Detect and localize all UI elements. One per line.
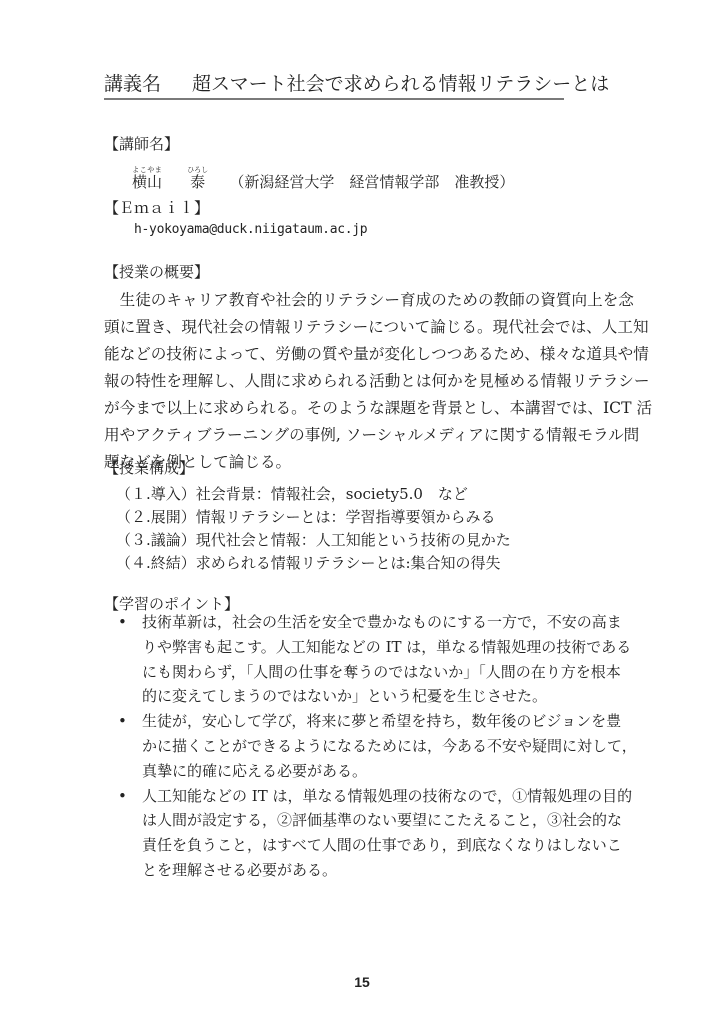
overview-line: 生徒のキャリア教育や社会的リテラシー育成のための教師の資質向上を念 — [104, 287, 636, 314]
instructor-heading: 【講師名】 — [104, 134, 179, 154]
page-number: 15 — [0, 974, 724, 990]
structure-list: （１.導入）社会背景：情報社会，society5.0 など （２.展開）情報リテ… — [116, 483, 511, 575]
structure-item: （４.終結）求められる情報リテラシーとは:集合知の得失 — [116, 552, 511, 575]
structure-item: （２.展開）情報リテラシーとは：学習指導要領からみる — [116, 506, 511, 529]
structure-item: （１.導入）社会背景：情報社会，society5.0 など — [116, 483, 511, 506]
bullet-icon: • — [118, 709, 127, 734]
instructor-name-row: 横山よこやま 泰ひろし （新潟経営大学 経営情報学部 准教授） — [132, 166, 514, 192]
instructor-surname: 横山よこやま — [132, 173, 162, 191]
structure-heading: 【授業構成】 — [104, 458, 194, 478]
structure-item: （３.議論）現代社会と情報：人工知能という技術の見かた — [116, 529, 511, 552]
overview-line: 用やアクティブラーニングの事例, ソーシャルメディアに関する情報モラル問 — [104, 422, 636, 449]
lecture-title-row: 講義名超スマート社会で求められる情報リテラシーとは — [104, 72, 564, 100]
points-list: • 技術革新は，社会の生活を安全で豊かなものにする一方で，不安の高ま りや弊害も… — [118, 610, 658, 883]
overview-line: が今まで以上に求められる。そのような課題を背景とし、本講習では、ICT 活 — [104, 395, 636, 422]
overview-line: 頭に置き、現代社会の情報リテラシーについて論じる。現代社会では、人工知 — [104, 314, 636, 341]
overview-line: 能などの技術によって、労働の質や量が変化しつつあるため、様々な道具や情 — [104, 341, 636, 368]
lecture-label: 講義名 — [104, 72, 192, 96]
point-item: • 人工知能などの IT は，単なる情報処理の技術なので，①情報処理の目的 は人… — [118, 784, 658, 883]
email-heading: 【Ｅｍａｉｌ】 — [104, 198, 209, 218]
overview-heading: 【授業の概要】 — [104, 262, 209, 282]
overview-paragraph: 生徒のキャリア教育や社会的リテラシー育成のための教師の資質向上を念 頭に置き、現… — [104, 287, 636, 476]
bullet-icon: • — [118, 610, 127, 635]
point-item: • 技術革新は，社会の生活を安全で豊かなものにする一方で，不安の高ま りや弊害も… — [118, 610, 658, 709]
email-address[interactable]: h-yokoyama@duck.niigataum.ac.jp — [134, 222, 367, 237]
bullet-icon: • — [118, 784, 127, 809]
lecture-title: 超スマート社会で求められる情報リテラシーとは — [192, 73, 609, 95]
overview-line: 報の特性を理解し、人間に求められる活動とは何かを見極める情報リテラシー — [104, 368, 636, 395]
instructor-given-name: 泰ひろし — [190, 173, 206, 191]
point-item: • 生徒が，安心して学び，将来に夢と希望を持ち，数年後のビジョンを豊 かに描くこ… — [118, 709, 658, 783]
instructor-affiliation: （新潟経営大学 経営情報学部 准教授） — [229, 173, 514, 191]
